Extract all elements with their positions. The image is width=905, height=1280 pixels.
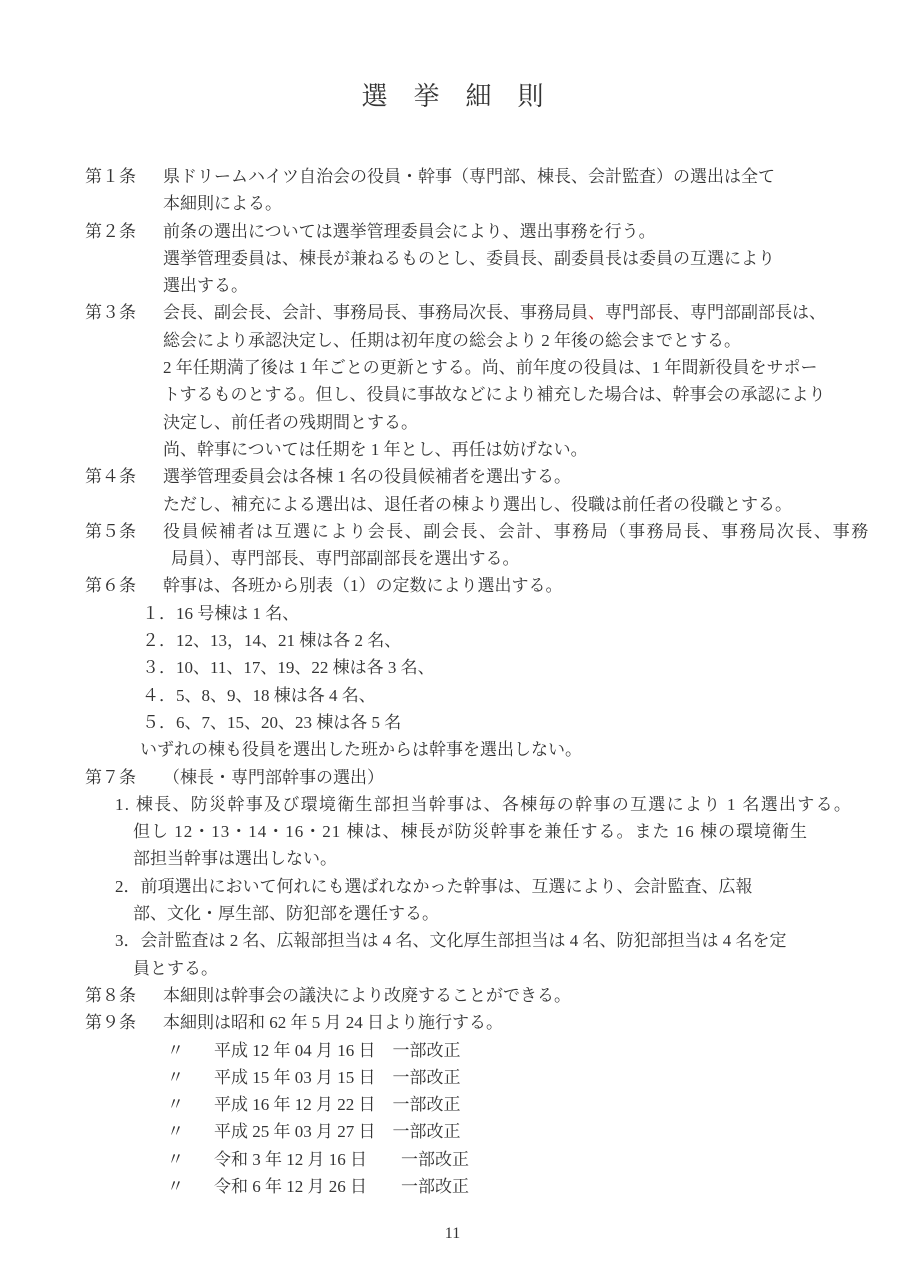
line-text: 決定し、前任者の残期間とする。 [163, 409, 418, 436]
line-text: 2 年任期満了後は 1 年ごとの更新とする。尚、前年度の役員は、1 年間新役員を… [163, 354, 818, 381]
document-line: ３．10、11、17、19、22 棟は各 3 名、 [0, 654, 905, 681]
document-line: 3．会計監査は 2 名、広報部担当は 4 名、文化厚生部担当は 4 名、防犯部担… [0, 927, 905, 954]
document-line: 第９条本細則は昭和 62 年 5 月 24 日より施行する。 [0, 1009, 905, 1036]
line-text: 令和 3 年 12 月 16 日 一部改正 [214, 1146, 469, 1173]
ditto-mark: 〃 [167, 1173, 184, 1200]
document-line: 第６条幹事は、各班から別表（1）の定数により選出する。 [0, 572, 905, 599]
line-text: （棟長・専門部幹事の選出） [163, 764, 384, 791]
document-line: 決定し、前任者の残期間とする。 [0, 409, 905, 436]
line-text: 幹事は、各班から別表（1）の定数により選出する。 [163, 572, 563, 599]
ditto-mark: 〃 [167, 1118, 184, 1145]
line-text: ４．5、8、9、18 棟は各 4 名、 [142, 682, 376, 709]
article-number: 第９条 [85, 1009, 136, 1036]
line-text: 員とする。 [133, 955, 218, 982]
document-line: 総会により承認決定し、任期は初年度の総会より 2 年後の総会までとする。 [0, 327, 905, 354]
page-number: 11 [0, 1224, 905, 1243]
line-text: 前条の選出については選挙管理委員会により、選出事務を行う。 [163, 218, 656, 245]
article-number: 第７条 [85, 764, 136, 791]
document-line: 第７条（棟長・専門部幹事の選出） [0, 764, 905, 791]
line-text: 平成 15 年 03 月 15 日 一部改正 [214, 1064, 461, 1091]
document-line: 第８条本細則は幹事会の議決により改廃することができる。 [0, 982, 905, 1009]
line-text: 本細則による。 [163, 190, 282, 217]
line-text: 県ドリームハイツ自治会の役員・幹事（専門部、棟長、会計監査）の選出は全て [163, 163, 775, 190]
line-text: トするものとする。但し、役員に事故などにより補充した場合は、幹事会の承認により [163, 381, 826, 408]
document-page: 選 挙 細 則 第１条県ドリームハイツ自治会の役員・幹事（専門部、棟長、会計監査… [0, 0, 905, 1280]
document-line: 〃平成 16 年 12 月 22 日 一部改正 [0, 1091, 905, 1118]
article-number: 第３条 [85, 299, 136, 326]
document-line: 〃平成 15 年 03 月 15 日 一部改正 [0, 1064, 905, 1091]
line-text: いずれの棟も役員を選出した班からは幹事を選出しない。 [140, 736, 582, 763]
document-line: 部、文化・厚生部、防犯部を選任する。 [0, 900, 905, 927]
line-text: 令和 6 年 12 月 26 日 一部改正 [214, 1173, 469, 1200]
ditto-mark: 〃 [167, 1037, 184, 1064]
line-text: 本細則は昭和 62 年 5 月 24 日より施行する。 [163, 1009, 503, 1036]
document-line: ５．6、7、15、20、23 棟は各 5 名 [0, 709, 905, 736]
document-title: 選 挙 細 則 [0, 84, 905, 110]
document-line: 2 年任期満了後は 1 年ごとの更新とする。尚、前年度の役員は、1 年間新役員を… [0, 354, 905, 381]
document-line: 2．前項選出において何れにも選ばれなかった幹事は、互選により、会計監査、広報 [0, 873, 905, 900]
article-number: 第８条 [85, 982, 136, 1009]
line-text: 尚、幹事については任期を 1 年とし、再任は妨げない。 [163, 436, 588, 463]
document-line: 〃平成 25 年 03 月 27 日 一部改正 [0, 1118, 905, 1145]
document-line: 第５条役員候補者は互選により会長、副会長、会計、事務局（事務局長、事務局次長、事… [0, 518, 905, 545]
line-text: 総会により承認決定し、任期は初年度の総会より 2 年後の総会までとする。 [163, 327, 741, 354]
article-number: 第２条 [85, 218, 136, 245]
line-text: 但し 12・13・14・16・21 棟は、棟長が防災幹事を兼任する。また 16 … [133, 818, 808, 845]
line-text: ただし、補充による選出は、退任者の棟より選出し、役職は前任者の役職とする。 [163, 491, 792, 518]
line-text: 3．会計監査は 2 名、広報部担当は 4 名、文化厚生部担当は 4 名、防犯部担… [115, 927, 787, 954]
document-line: 局員）、専門部長、専門部副部長を選出する。 [0, 545, 905, 572]
line-text: 2．前項選出において何れにも選ばれなかった幹事は、互選により、会計監査、広報 [115, 873, 753, 900]
document-line: 第２条前条の選出については選挙管理委員会により、選出事務を行う。 [0, 218, 905, 245]
document-line: 〃平成 12 年 04 月 16 日 一部改正 [0, 1037, 905, 1064]
document-line: いずれの棟も役員を選出した班からは幹事を選出しない。 [0, 736, 905, 763]
ditto-mark: 〃 [167, 1091, 184, 1118]
line-text: 部、文化・厚生部、防犯部を選任する。 [133, 900, 439, 927]
document-line: 〃令和 6 年 12 月 26 日 一部改正 [0, 1173, 905, 1200]
document-line: 部担当幹事は選出しない。 [0, 845, 905, 872]
line-text: ３．10、11、17、19、22 棟は各 3 名、 [142, 654, 435, 681]
line-text: 部担当幹事は選出しない。 [133, 845, 337, 872]
ditto-mark: 〃 [167, 1146, 184, 1173]
line-text: 平成 16 年 12 月 22 日 一部改正 [214, 1091, 461, 1118]
line-text: 会長、副会長、会計、事務局長、事務局次長、事務局員、専門部長、専門部副部長は、 [163, 299, 826, 326]
line-text: 局員）、専門部長、専門部副部長を選出する。 [171, 545, 520, 572]
line-text: ２．12、13，14、21 棟は各 2 名、 [142, 627, 401, 654]
document-line: トするものとする。但し、役員に事故などにより補充した場合は、幹事会の承認により [0, 381, 905, 408]
document-line: 選出する。 [0, 272, 905, 299]
document-line: 〃令和 3 年 12 月 16 日 一部改正 [0, 1146, 905, 1173]
document-line: 本細則による。 [0, 190, 905, 217]
document-line: 但し 12・13・14・16・21 棟は、棟長が防災幹事を兼任する。また 16 … [0, 818, 905, 845]
line-text: 選挙管理委員会は各棟 1 名の役員候補者を選出する。 [163, 463, 571, 490]
article-number: 第１条 [85, 163, 136, 190]
document-line: 選挙管理委員は、棟長が兼ねるものとし、委員長、副委員長は委員の互選により [0, 245, 905, 272]
line-text: ５．6、7、15、20、23 棟は各 5 名 [142, 709, 401, 736]
line-text: 選挙管理委員は、棟長が兼ねるものとし、委員長、副委員長は委員の互選により [163, 245, 775, 272]
article-number: 第６条 [85, 572, 136, 599]
line-text: 役員候補者は互選により会長、副会長、会計、事務局（事務局長、事務局次長、事務 [163, 518, 870, 545]
document-line: １．16 号棟は 1 名、 [0, 600, 905, 627]
document-line: 員とする。 [0, 955, 905, 982]
document-line: 第４条選挙管理委員会は各棟 1 名の役員候補者を選出する。 [0, 463, 905, 490]
document-line: ただし、補充による選出は、退任者の棟より選出し、役職は前任者の役職とする。 [0, 491, 905, 518]
ditto-mark: 〃 [167, 1064, 184, 1091]
document-line: 1. 棟長、防災幹事及び環境衛生部担当幹事は、各棟毎の幹事の互選により 1 名選… [0, 791, 905, 818]
document-body: 第１条県ドリームハイツ自治会の役員・幹事（専門部、棟長、会計監査）の選出は全て本… [0, 163, 905, 1200]
document-line: ４．5、8、9、18 棟は各 4 名、 [0, 682, 905, 709]
line-text: 1. 棟長、防災幹事及び環境衛生部担当幹事は、各棟毎の幹事の互選により 1 名選… [115, 791, 852, 818]
document-line: 第３条会長、副会長、会計、事務局長、事務局次長、事務局員、専門部長、専門部副部長… [0, 299, 905, 326]
line-text: 本細則は幹事会の議決により改廃することができる。 [163, 982, 571, 1009]
line-text: 選出する。 [163, 272, 248, 299]
article-number: 第５条 [85, 518, 136, 545]
line-text: 平成 12 年 04 月 16 日 一部改正 [214, 1037, 461, 1064]
red-comma: 、 [588, 303, 605, 322]
line-text: 平成 25 年 03 月 27 日 一部改正 [214, 1118, 461, 1145]
document-line: 第１条県ドリームハイツ自治会の役員・幹事（専門部、棟長、会計監査）の選出は全て [0, 163, 905, 190]
document-line: ２．12、13，14、21 棟は各 2 名、 [0, 627, 905, 654]
article-number: 第４条 [85, 463, 136, 490]
line-text: １．16 号棟は 1 名、 [142, 600, 299, 627]
document-line: 尚、幹事については任期を 1 年とし、再任は妨げない。 [0, 436, 905, 463]
